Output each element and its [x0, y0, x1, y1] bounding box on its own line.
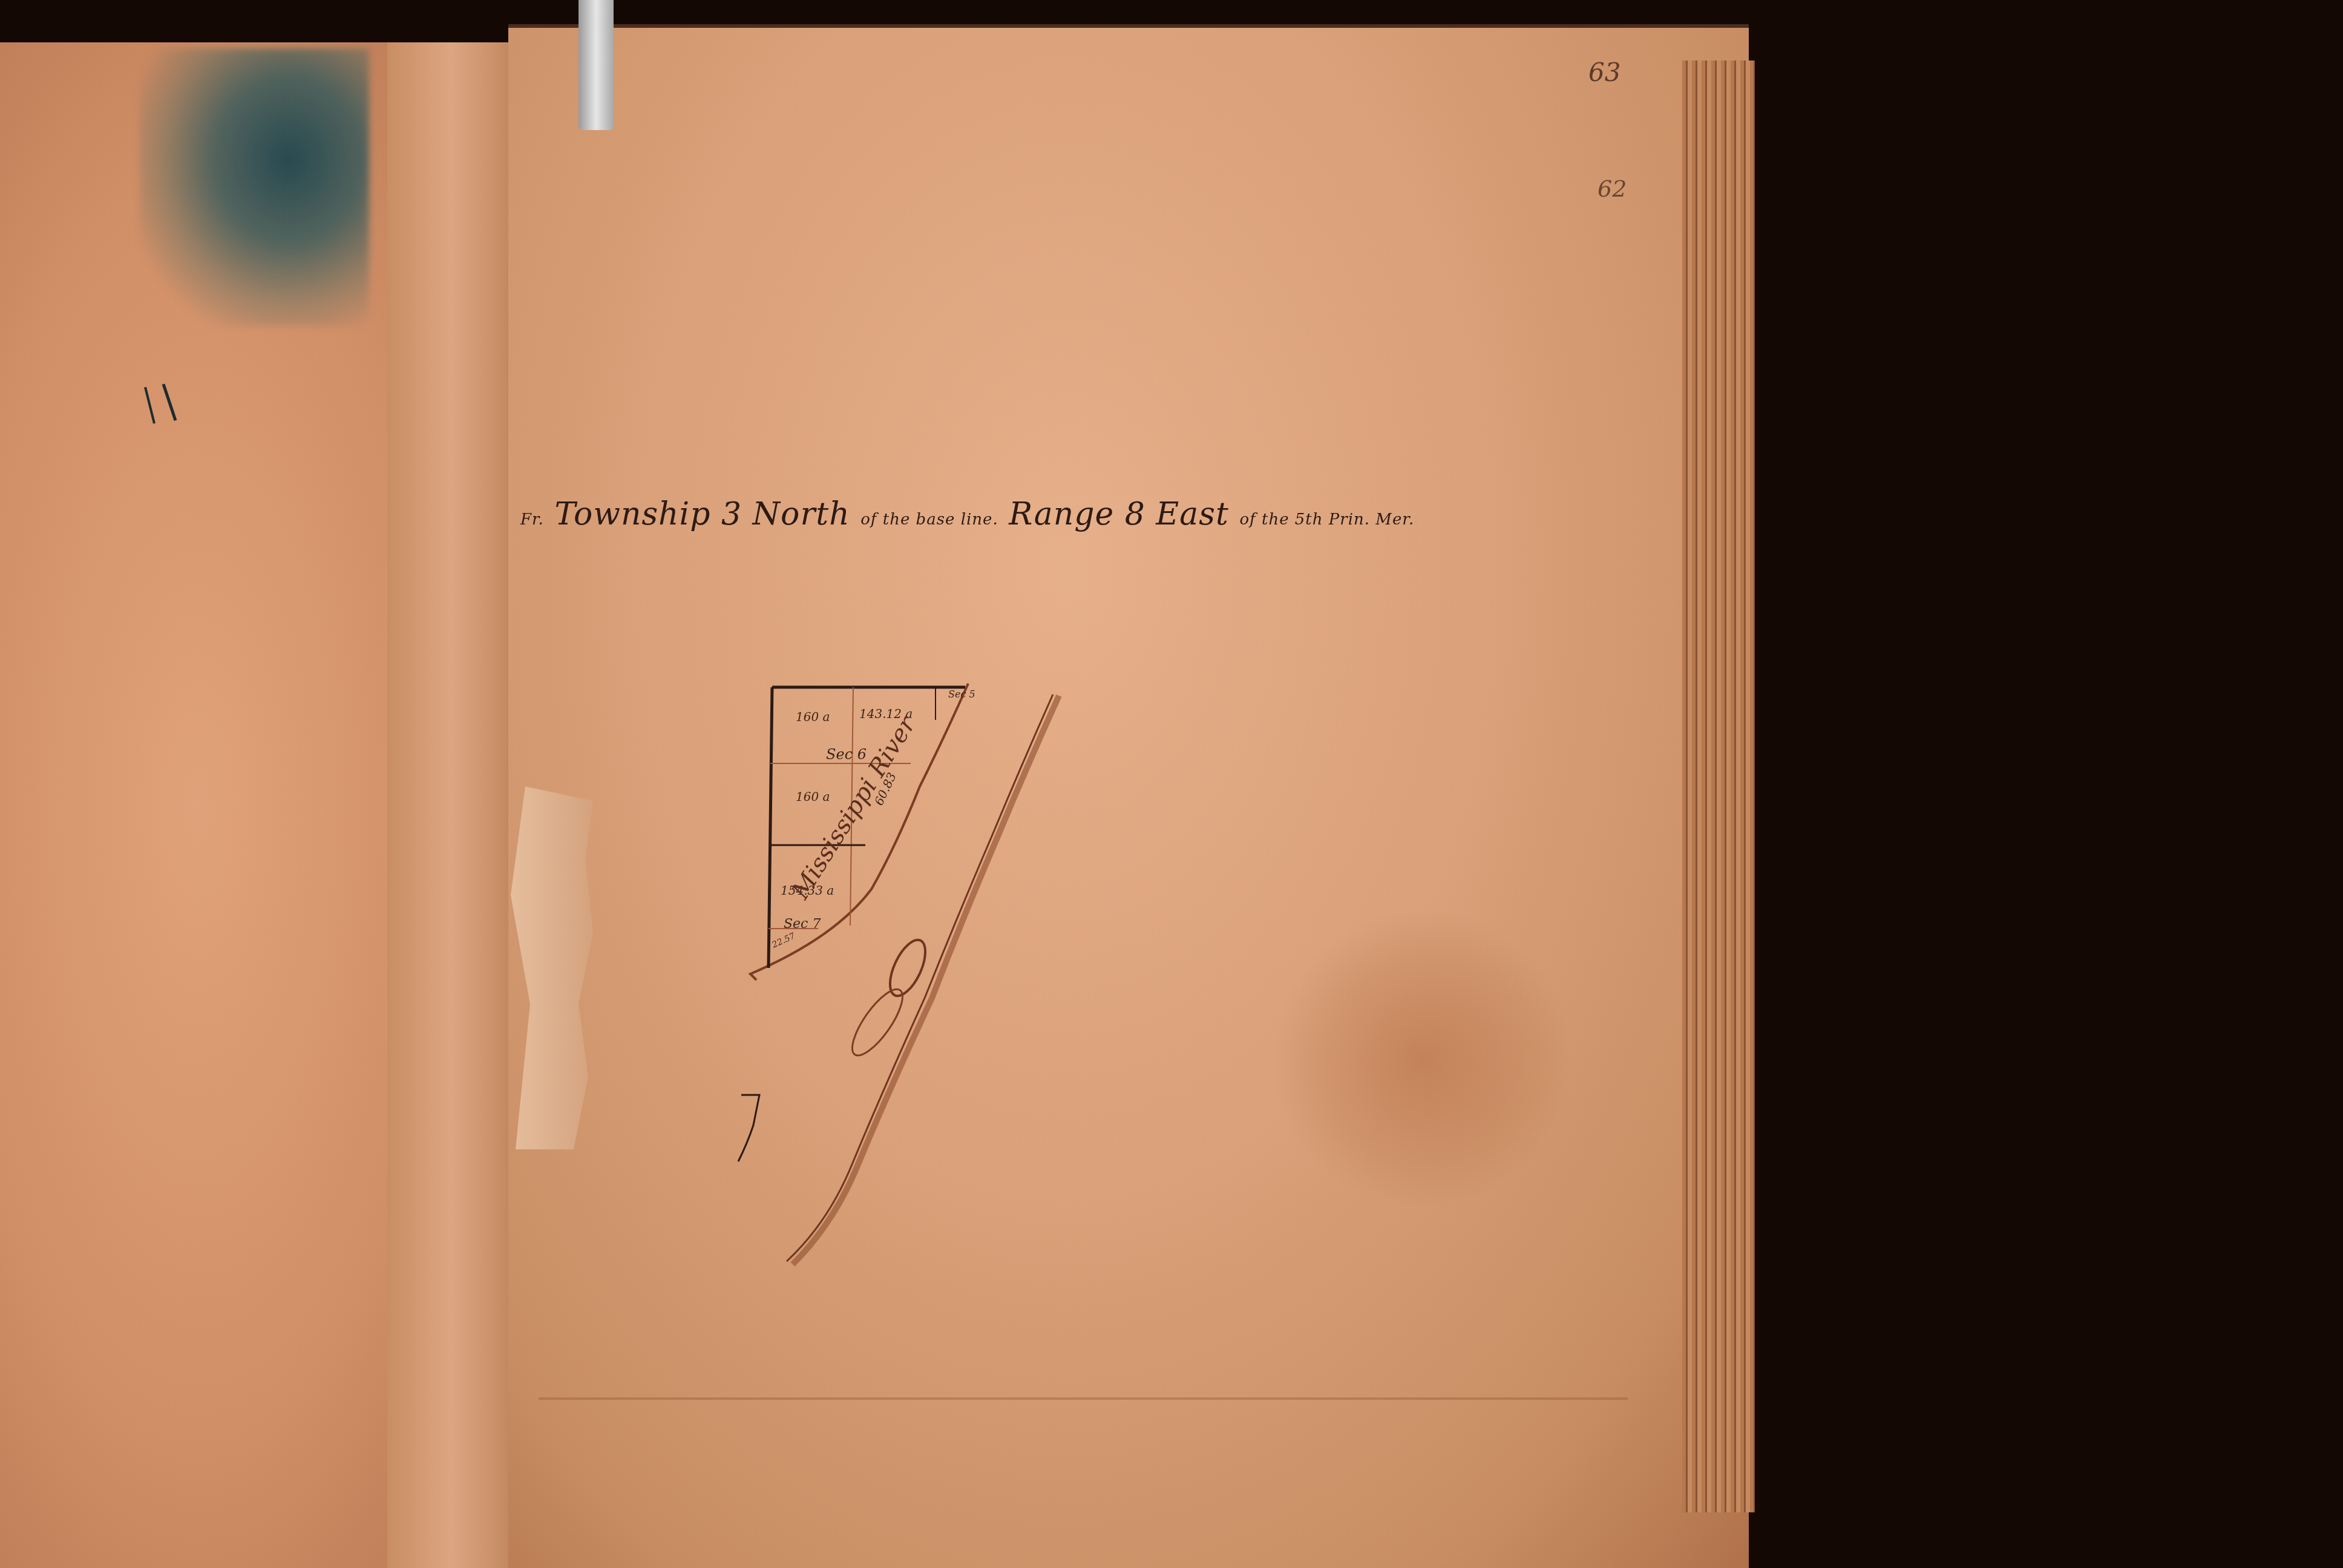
section-label: Sec 5: [948, 688, 975, 700]
lot-area: 160 a: [796, 710, 830, 724]
title-meridian: of the 5th Prin. Mer.: [1239, 511, 1414, 529]
lot-area: 160 a: [796, 789, 830, 804]
ink-stain: [139, 48, 369, 327]
title-baseline: of the base line.: [860, 511, 998, 529]
page-number: 63: [1588, 57, 1620, 87]
page-number-secondary: 62: [1597, 175, 1627, 202]
title-range: Range 8 East: [1009, 496, 1229, 532]
section-label: Sec 6: [826, 746, 867, 763]
plat-map: [714, 665, 1138, 1301]
pencil-marks: [139, 375, 188, 436]
section-label: Sec 7: [784, 916, 821, 932]
title-township: Township 3 North: [554, 496, 850, 532]
water-stain: [1271, 907, 1573, 1210]
plat-title: Fr. Township 3 North of the base line. R…: [520, 496, 1414, 532]
page-fold: [539, 1397, 1628, 1400]
page-edges: [1682, 60, 1755, 1512]
metal-clip: [578, 0, 614, 130]
title-prefix: Fr.: [520, 511, 544, 529]
